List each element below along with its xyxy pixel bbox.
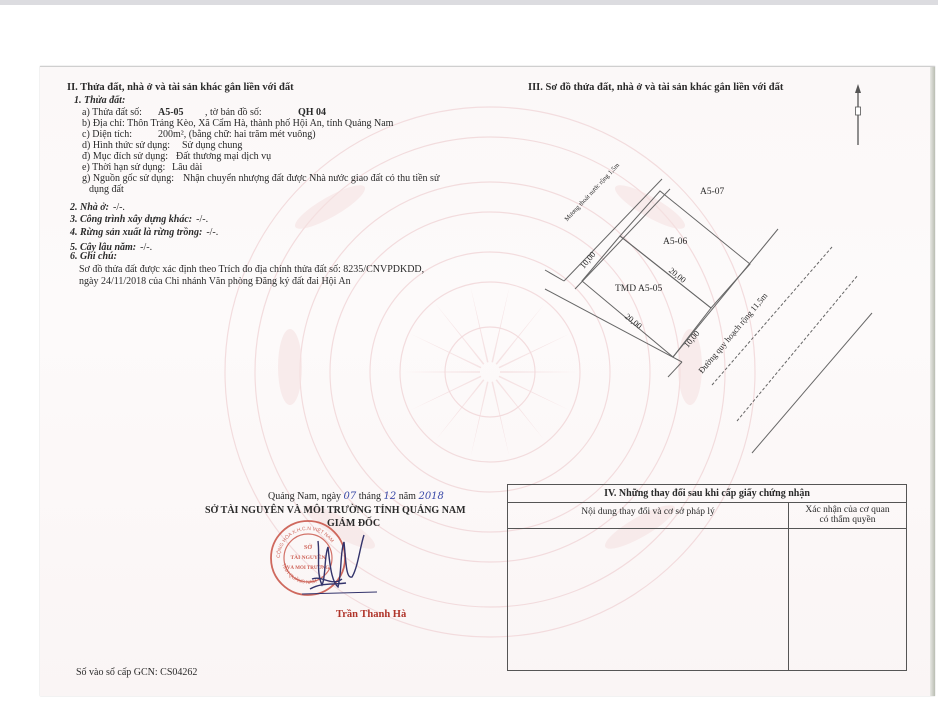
signature-scribble-icon: [302, 527, 382, 597]
parcel-label-a5-06: A5-06: [663, 237, 687, 247]
registry-label: Số vào sổ cấp GCN:: [76, 667, 158, 678]
parcel-label-a5-05: TMD A5-05: [615, 284, 662, 294]
confirm-header-line1: Xác nhận của cơ quan: [789, 505, 906, 515]
confirm-header-line2: có thẩm quyền: [789, 515, 906, 525]
changes-table-header-content: Nội dung thay đổi và cơ sở pháp lý: [508, 502, 789, 529]
issuing-agency: SỞ TÀI NGUYÊN VÀ MÔI TRƯỜNG TỈNH QUẢNG N…: [205, 505, 466, 516]
parcel-label-a5-07: A5-07: [700, 187, 724, 197]
land-certificate-page: II. Thửa đất, nhà ở và tài sản khác gắn …: [40, 66, 935, 696]
changes-table-header-confirm: Xác nhận của cơ quan có thẩm quyền: [789, 502, 906, 529]
signer-name: Trần Thanh Hà: [336, 609, 406, 620]
registry-number: Số vào sổ cấp GCN: CS04262: [76, 667, 197, 678]
window-top-bar: [0, 0, 938, 5]
date-year: 2018: [418, 491, 443, 502]
date-month: 12: [384, 491, 397, 502]
changes-table: IV. Những thay đổi sau khi cấp giấy chứn…: [507, 484, 907, 671]
year-label: năm: [399, 491, 416, 502]
date-day: 07: [344, 491, 357, 502]
place-date: Quảng Nam, ngày 07 tháng 12 năm 2018: [268, 491, 444, 502]
north-arrow-icon: [855, 84, 861, 145]
changes-content-cell: [508, 529, 789, 670]
place-date-prefix: Quảng Nam, ngày: [268, 491, 341, 502]
month-label: tháng: [359, 491, 381, 502]
changes-table-title: IV. Những thay đổi sau khi cấp giấy chứn…: [508, 485, 906, 503]
registry-value: CS04262: [160, 667, 197, 678]
changes-confirm-cell: [789, 529, 906, 670]
